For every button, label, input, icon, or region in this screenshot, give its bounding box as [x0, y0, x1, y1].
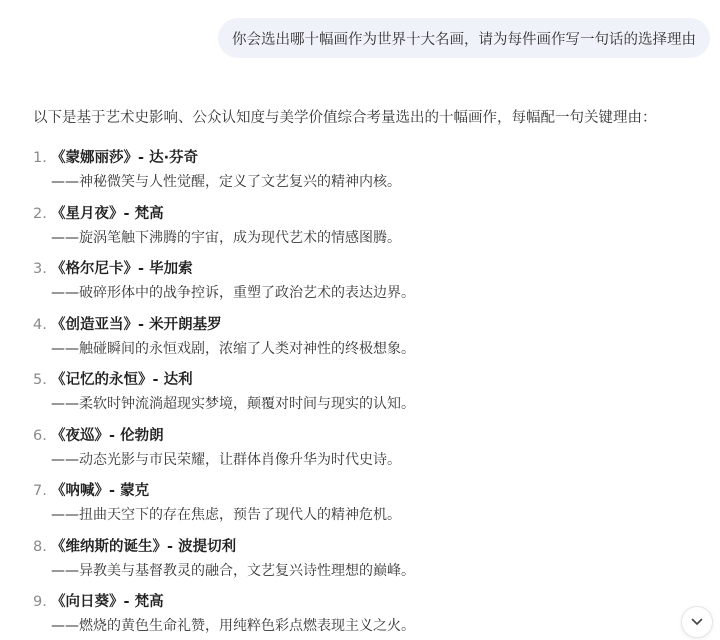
item-number: 6.	[33, 428, 51, 444]
list-item: 2.《星月夜》- 梵高 ——旋涡笔触下沸腾的宇宙，成为现代艺术的情感图腾。	[33, 202, 415, 258]
item-title: 《星月夜》- 梵高	[51, 202, 164, 223]
list-item: 7.《呐喊》- 蒙克 ——扭曲天空下的存在焦虑，预告了现代人的精神危机。	[33, 479, 415, 535]
item-reason: ——触碰瞬间的永恒戏剧，浓缩了人类对神性的终极想象。	[33, 338, 415, 358]
item-reason: ——神秘微笑与人性觉醒，定义了文艺复兴的精神内核。	[33, 171, 415, 191]
item-number: 8.	[33, 539, 51, 555]
item-reason: ——旋涡笔触下沸腾的宇宙，成为现代艺术的情感图腾。	[33, 227, 415, 247]
item-number: 4.	[33, 317, 51, 333]
list-item: 1.《蒙娜丽莎》- 达·芬奇 ——神秘微笑与人性觉醒，定义了文艺复兴的精神内核。	[33, 146, 415, 202]
list-item: 4.《创造亚当》- 米开朗基罗 ——触碰瞬间的永恒戏剧，浓缩了人类对神性的终极想…	[33, 313, 415, 369]
assistant-intro: 以下是基于艺术史影响、公众认知度与美学价值综合考量选出的十幅画作，每幅配一句关键…	[33, 106, 657, 127]
scroll-to-bottom-button[interactable]	[681, 606, 713, 638]
item-title: 《维纳斯的诞生》- 波提切利	[51, 535, 236, 556]
user-message-text: 你会选出哪十幅画作为世界十大名画，请为每件画作写一句话的选择理由	[232, 28, 696, 49]
item-title: 《向日葵》- 梵高	[51, 590, 164, 611]
item-reason: ——异教美与基督教灵的融合，文艺复兴诗性理想的巅峰。	[33, 560, 415, 580]
list-item: 6.《夜巡》- 伦勃朗 ——动态光影与市民荣耀，让群体肖像升华为时代史诗。	[33, 424, 415, 480]
list-item: 9.《向日葵》- 梵高 ——燃烧的黄色生命礼赞，用纯粹色彩点燃表现主义之火。	[33, 590, 415, 640]
item-number: 7.	[33, 483, 51, 499]
list-item: 3.《格尔尼卡》- 毕加索 ——破碎形体中的战争控诉，重塑了政治艺术的表达边界。	[33, 257, 415, 313]
item-number: 3.	[33, 261, 51, 277]
item-number: 1.	[33, 150, 51, 166]
item-reason: ——破碎形体中的战争控诉，重塑了政治艺术的表达边界。	[33, 282, 415, 302]
item-title: 《记忆的永恒》- 达利	[51, 368, 193, 389]
item-number: 9.	[33, 594, 51, 610]
chevron-down-icon	[691, 618, 703, 626]
list-item: 8.《维纳斯的诞生》- 波提切利 ——异教美与基督教灵的融合，文艺复兴诗性理想的…	[33, 535, 415, 591]
item-reason: ——柔软时钟流淌超现实梦境，颠覆对时间与现实的认知。	[33, 393, 415, 413]
painting-list: 1.《蒙娜丽莎》- 达·芬奇 ——神秘微笑与人性觉醒，定义了文艺复兴的精神内核。…	[33, 146, 415, 640]
item-title: 《蒙娜丽莎》- 达·芬奇	[51, 146, 198, 167]
item-reason: ——扭曲天空下的存在焦虑，预告了现代人的精神危机。	[33, 504, 415, 524]
item-title: 《创造亚当》- 米开朗基罗	[51, 313, 222, 334]
item-title: 《夜巡》- 伦勃朗	[51, 424, 164, 445]
item-title: 《呐喊》- 蒙克	[51, 479, 149, 500]
item-reason: ——燃烧的黄色生命礼赞，用纯粹色彩点燃表现主义之火。	[33, 615, 415, 635]
item-title: 《格尔尼卡》- 毕加索	[51, 257, 193, 278]
item-reason: ——动态光影与市民荣耀，让群体肖像升华为时代史诗。	[33, 449, 415, 469]
list-item: 5.《记忆的永恒》- 达利 ——柔软时钟流淌超现实梦境，颠覆对时间与现实的认知。	[33, 368, 415, 424]
user-message-bubble: 你会选出哪十幅画作为世界十大名画，请为每件画作写一句话的选择理由	[218, 18, 710, 58]
item-number: 5.	[33, 372, 51, 388]
item-number: 2.	[33, 206, 51, 222]
